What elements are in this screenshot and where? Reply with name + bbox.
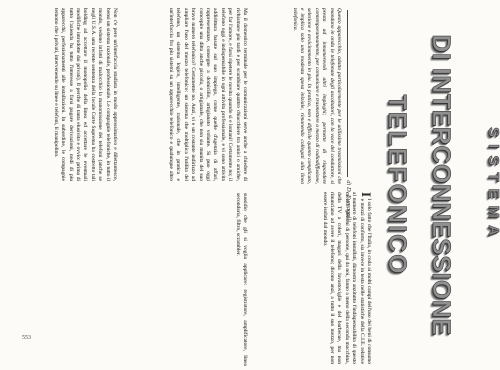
rotated-article-page: SISTEMA DI INTERCONNESSIONE TELEFONICO d… <box>0 0 500 370</box>
article-title-line-2: DI INTERCONNESSIONE <box>426 0 455 370</box>
article-opening-text: l solo fatto che l'Italia, in coda ai mo… <box>322 192 372 364</box>
article-title-line-1: SISTEMA <box>485 0 500 370</box>
page-number: 553 <box>22 335 31 342</box>
article-body-bottom: Non c'e pero un'interfaccia studiata in … <box>24 8 118 366</box>
byline: di D. Fumagalli <box>344 10 352 222</box>
magazine-page-scan: SISTEMA DI INTERCONNESSIONE TELEFONICO d… <box>0 0 500 370</box>
article-opening-paragraph: Il solo fatto che l'Italia, in coda ai m… <box>269 192 372 364</box>
byline-rule <box>348 10 349 177</box>
article-title-line-3: TELEFONICO <box>382 0 411 370</box>
article-body-middle: Ma il domestico terminale per le comunic… <box>160 8 248 366</box>
article-abstract: Questo apparecchio, adatto particolarmen… <box>274 8 342 184</box>
